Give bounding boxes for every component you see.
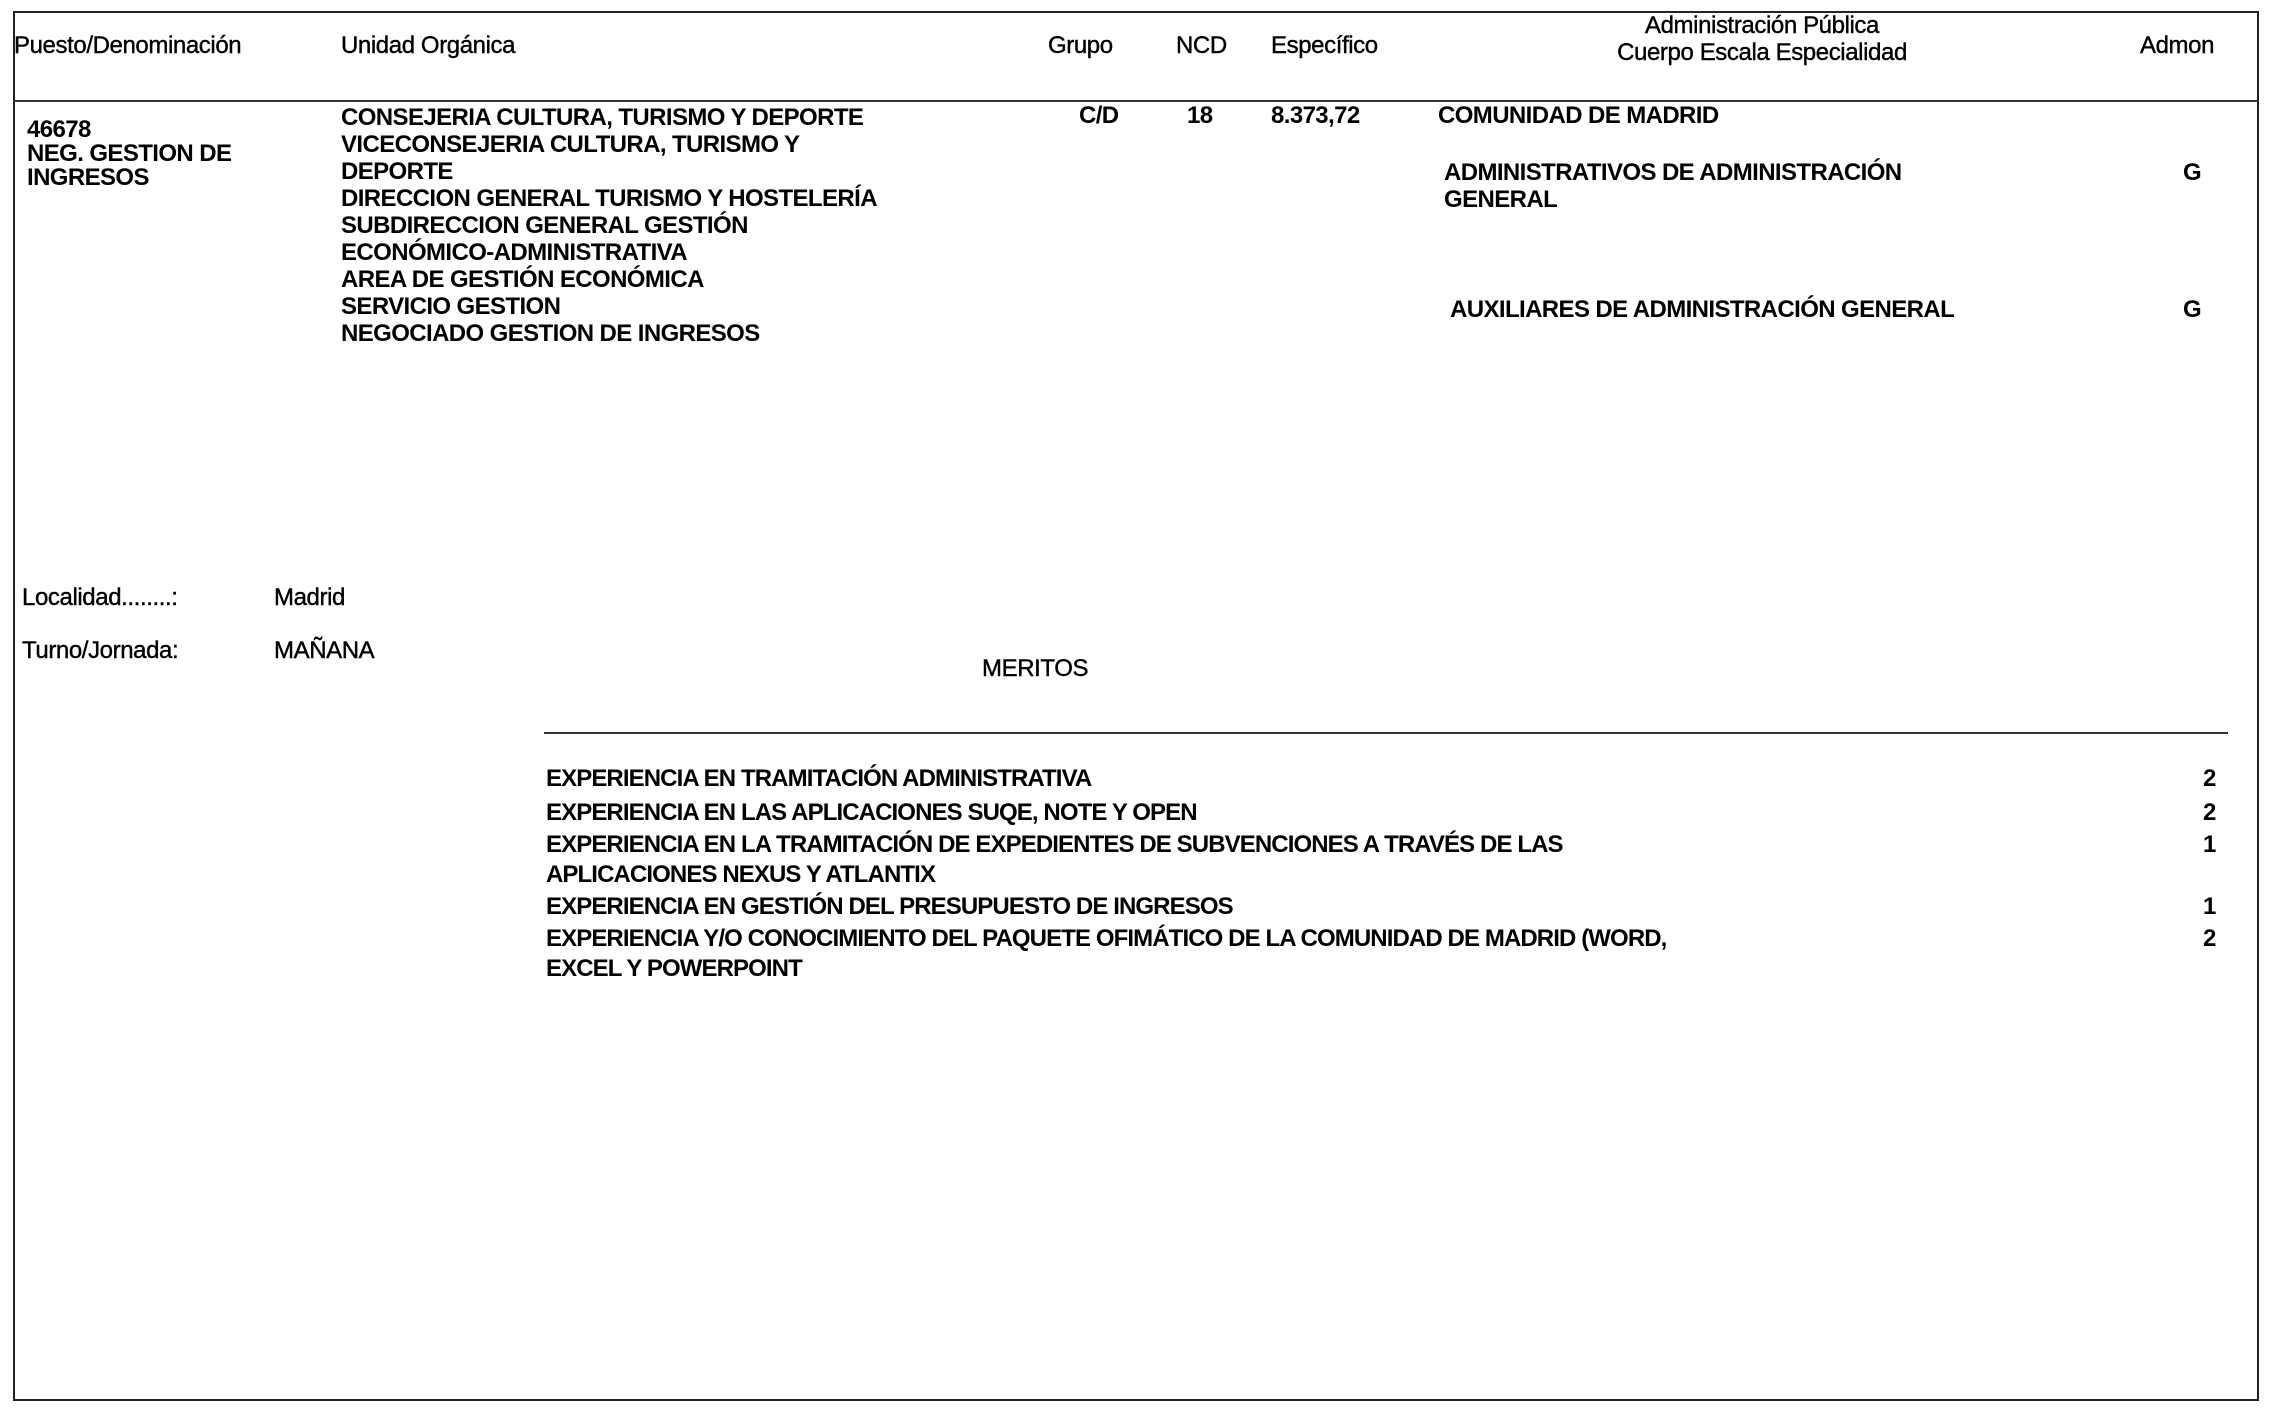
puesto-denominacion-line: INGRESOS xyxy=(27,166,231,190)
turno-label: Turno/Jornada: xyxy=(22,639,178,663)
header-administracion: Administración Pública xyxy=(1560,14,1964,38)
header-divider xyxy=(13,100,2259,102)
merito-text: EXPERIENCIA EN TRAMITACIÓN ADMINISTRATIV… xyxy=(546,764,1091,794)
header-unidad: Unidad Orgánica xyxy=(341,34,515,58)
unidad-line: DEPORTE xyxy=(341,158,877,185)
merito-points: 2 xyxy=(2203,798,2216,828)
merito-text: EXPERIENCIA EN GESTIÓN DEL PRESUPUESTO D… xyxy=(546,892,1233,922)
ncd-value: 18 xyxy=(1187,104,1213,128)
merito-points: 2 xyxy=(2203,924,2216,954)
header-admon: Admon xyxy=(2140,34,2214,58)
cuerpo-line: GENERAL xyxy=(1444,186,1902,213)
puesto-cell: 46678 NEG. GESTION DE INGRESOS xyxy=(27,118,231,190)
merito-text: EXPERIENCIA EN LAS APLICACIONES SUQE, NO… xyxy=(546,798,1197,828)
meritos-title: MERITOS xyxy=(982,657,1088,681)
header-cuerpo-escala: Cuerpo Escala Especialidad xyxy=(1560,41,1964,65)
merito-line: EXPERIENCIA Y/O CONOCIMIENTO DEL PAQUETE… xyxy=(546,924,1666,954)
localidad-label: Localidad........: xyxy=(22,586,178,610)
merito-text: EXPERIENCIA Y/O CONOCIMIENTO DEL PAQUETE… xyxy=(546,924,1666,984)
cuerpo-line: AUXILIARES DE ADMINISTRACIÓN GENERAL xyxy=(1450,296,1954,323)
cuerpo-admon: G xyxy=(2183,296,2201,323)
unidad-line: NEGOCIADO GESTION DE INGRESOS xyxy=(341,320,877,347)
turno-value: MAÑANA xyxy=(274,639,374,663)
unidad-line: AREA DE GESTIÓN ECONÓMICA xyxy=(341,266,877,293)
header-puesto: Puesto/Denominación xyxy=(14,34,241,58)
unidad-line: VICECONSEJERIA CULTURA, TURISMO Y xyxy=(341,131,877,158)
merito-line: EXPERIENCIA EN LAS APLICACIONES SUQE, NO… xyxy=(546,798,1197,828)
meritos-divider xyxy=(544,732,2228,734)
cuerpo-line: ADMINISTRATIVOS DE ADMINISTRACIÓN xyxy=(1444,159,1902,186)
unidad-organica-cell: CONSEJERIA CULTURA, TURISMO Y DEPORTE VI… xyxy=(341,104,877,347)
cuerpo-item: AUXILIARES DE ADMINISTRACIÓN GENERAL xyxy=(1450,296,1954,323)
header-especifico: Específico xyxy=(1271,34,1378,58)
merito-points: 1 xyxy=(2203,892,2216,922)
puesto-codigo: 46678 xyxy=(27,118,231,142)
merito-points: 1 xyxy=(2203,830,2216,860)
grupo-value: C/D xyxy=(1079,104,1119,128)
administracion-value: COMUNIDAD DE MADRID xyxy=(1438,104,1719,128)
cuerpo-item: ADMINISTRATIVOS DE ADMINISTRACIÓN GENERA… xyxy=(1444,159,1902,213)
unidad-line: ECONÓMICO-ADMINISTRATIVA xyxy=(341,239,877,266)
unidad-line: SERVICIO GESTION xyxy=(341,293,877,320)
merito-points: 2 xyxy=(2203,764,2216,794)
merito-text: EXPERIENCIA EN LA TRAMITACIÓN DE EXPEDIE… xyxy=(546,830,1563,890)
merito-line: EXPERIENCIA EN GESTIÓN DEL PRESUPUESTO D… xyxy=(546,892,1233,922)
unidad-line: CONSEJERIA CULTURA, TURISMO Y DEPORTE xyxy=(341,104,877,131)
cuerpo-admon: G xyxy=(2183,159,2201,186)
merito-line: APLICACIONES NEXUS Y ATLANTIX xyxy=(546,860,1563,890)
header-ncd: NCD xyxy=(1176,34,1227,58)
merito-line: EXPERIENCIA EN LA TRAMITACIÓN DE EXPEDIE… xyxy=(546,830,1563,860)
puesto-denominacion-line: NEG. GESTION DE xyxy=(27,142,231,166)
especifico-value: 8.373,72 xyxy=(1271,104,1360,128)
merito-line: EXCEL Y POWERPOINT xyxy=(546,954,1666,984)
unidad-line: SUBDIRECCION GENERAL GESTIÓN xyxy=(341,212,877,239)
unidad-line: DIRECCION GENERAL TURISMO Y HOSTELERÍA xyxy=(341,185,877,212)
merito-line: EXPERIENCIA EN TRAMITACIÓN ADMINISTRATIV… xyxy=(546,764,1091,794)
header-grupo: Grupo xyxy=(1048,34,1113,58)
localidad-value: Madrid xyxy=(274,586,345,610)
